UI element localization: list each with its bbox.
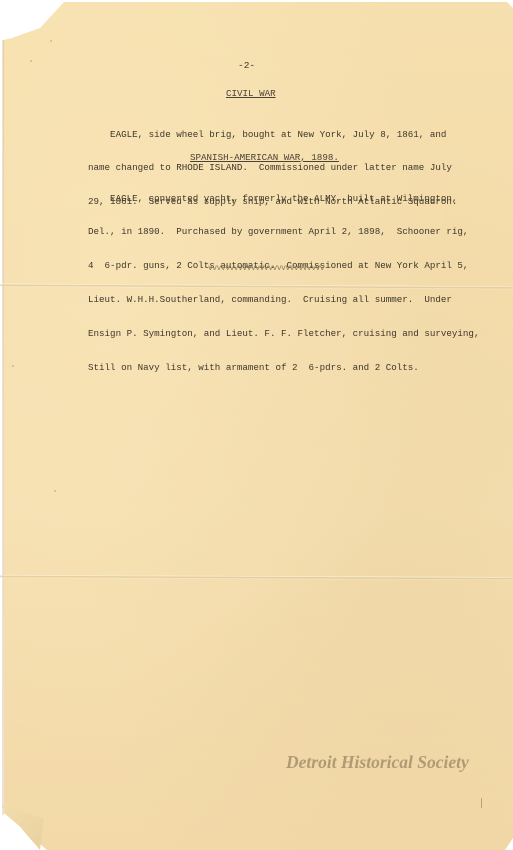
text-line: Still on Navy list, with armament of 2 6…: [88, 362, 448, 373]
text-line: Ensign P. Symington, and Lieut. F. F. Fl…: [88, 328, 448, 339]
text-line: Lieut. W.H.H.Southerland, commanding. Cr…: [88, 294, 448, 305]
paper-speck: [30, 60, 32, 62]
paper-speck: [50, 40, 52, 42]
text-line: EAGLE, converted yacht, formerly the ALM…: [88, 193, 448, 204]
paragraph-spanish-american-war: EAGLE, converted yacht, formerly the ALM…: [88, 170, 448, 396]
text-line: EAGLE, side wheel brig, bought at New Yo…: [88, 129, 448, 140]
watermark-logo: Detroit Historical Society: [286, 752, 469, 773]
text-line: Del., in 1890. Purchased by government A…: [88, 226, 448, 237]
typed-divider-line: vvvvvvvvvvvvvvvvvvvvvvvvvvv: [208, 264, 324, 273]
paper-speck: [54, 490, 56, 492]
section-heading-spanish-american-war: SPANISH-AMERICAN WAR, 1898.: [190, 152, 339, 163]
paper-scratch-mark: [481, 798, 482, 808]
scan-canvas: -2- CIVIL WAR EAGLE, side wheel brig, bo…: [0, 0, 513, 850]
paper-speck: [12, 365, 14, 367]
paper-left-edge: [2, 40, 4, 815]
section-heading-civil-war: CIVIL WAR: [226, 88, 276, 99]
page-number: -2-: [238, 60, 255, 71]
